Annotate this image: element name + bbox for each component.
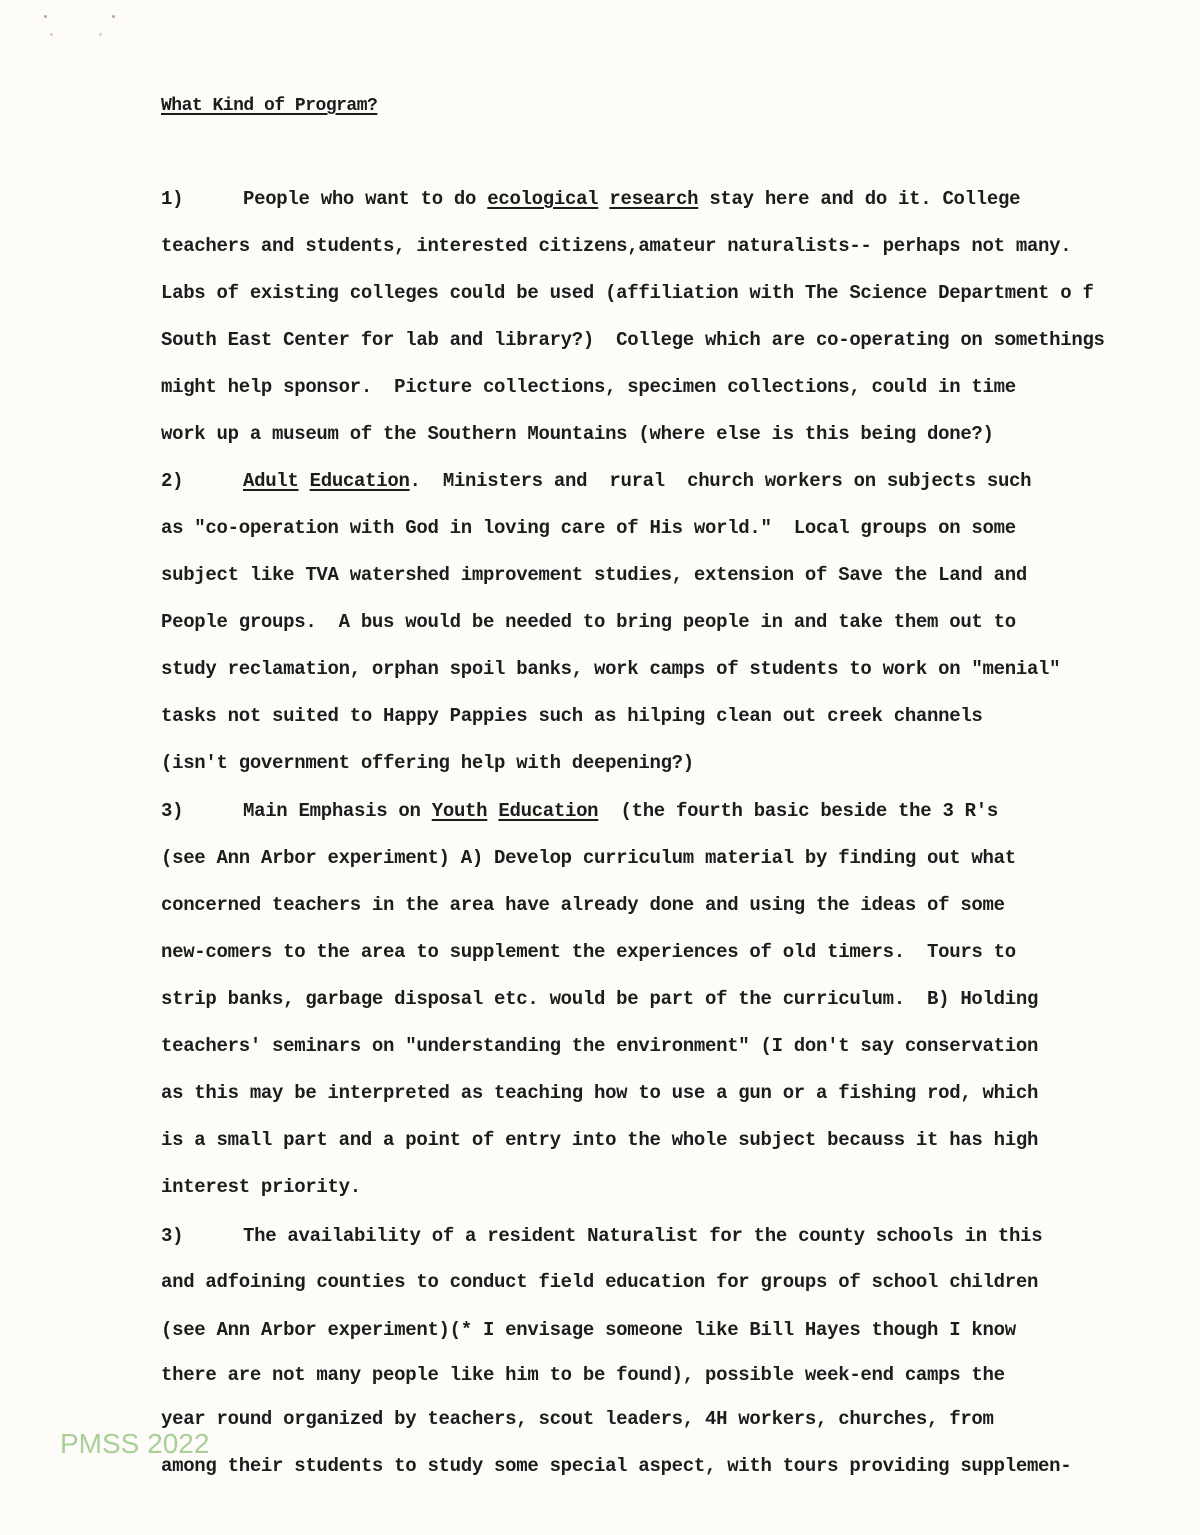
- section-2-line-7: (isn't government offering help with dee…: [161, 751, 694, 775]
- text-segment: (the fourth basic beside the 3 R's: [598, 800, 998, 822]
- section-2-line-2: as "co-operation with God in loving care…: [161, 516, 1016, 540]
- underlined-term: Youth: [432, 800, 488, 822]
- section-1-line-2: teachers and students, interested citize…: [161, 234, 1071, 258]
- text-segment: Main Emphasis on: [243, 800, 432, 822]
- section-4-line-1: 3)The availability of a resident Natural…: [161, 1224, 1042, 1248]
- paper-speck: [50, 33, 53, 36]
- text-segment: stay here and do it. College: [698, 188, 1020, 210]
- section-number: 1): [161, 187, 243, 211]
- section-4-line-3: (see Ann Arbor experiment)(* I envisage …: [161, 1318, 1016, 1342]
- section-1-line-6: work up a museum of the Southern Mountai…: [161, 422, 994, 446]
- archive-watermark: PMSS 2022: [60, 1428, 209, 1460]
- section-number: 2): [161, 469, 243, 493]
- section-2-line-5: study reclamation, orphan spoil banks, w…: [161, 657, 1060, 681]
- underlined-term: research: [609, 188, 698, 210]
- section-3-line-1: 3)Main Emphasis on Youth Education (the …: [161, 799, 998, 823]
- paper-speck: [44, 15, 47, 18]
- underlined-term: Education: [498, 800, 598, 822]
- text-segment: People who want to do: [243, 188, 487, 210]
- section-2-line-6: tasks not suited to Happy Pappies such a…: [161, 704, 983, 728]
- section-2-line-3: subject like TVA watershed improvement s…: [161, 563, 1027, 587]
- text-segment: . Ministers and rural church workers on …: [410, 470, 1032, 492]
- section-1-line-5: might help sponsor. Picture collections,…: [161, 375, 1016, 399]
- section-3-line-2: (see Ann Arbor experiment) A) Develop cu…: [161, 846, 1016, 870]
- section-4-line-4: there are not many people like him to be…: [161, 1363, 1005, 1387]
- section-2-line-4: People groups. A bus would be needed to …: [161, 610, 1016, 634]
- text-segment: [299, 470, 310, 492]
- section-4-line-6: among their students to study some speci…: [161, 1454, 1071, 1478]
- underlined-term: ecological: [487, 188, 598, 210]
- underlined-term: Adult: [243, 470, 299, 492]
- text-segment: The availability of a resident Naturalis…: [243, 1225, 1042, 1247]
- section-1-line-3: Labs of existing colleges could be used …: [161, 281, 1094, 305]
- paper-speck: [99, 33, 102, 36]
- section-1-line-1: 1)People who want to do ecological resea…: [161, 187, 1020, 211]
- section-3-line-8: is a small part and a point of entry int…: [161, 1128, 1038, 1152]
- section-4-line-2: and adfoining counties to conduct field …: [161, 1270, 1038, 1294]
- section-1-line-4: South East Center for lab and library?) …: [161, 328, 1105, 352]
- section-3-line-5: strip banks, garbage disposal etc. would…: [161, 987, 1038, 1011]
- section-number: 3): [161, 799, 243, 823]
- section-3-line-3: concerned teachers in the area have alre…: [161, 893, 1005, 917]
- document-page: What Kind of Program? 1)People who want …: [0, 0, 1200, 1535]
- text-segment: [598, 188, 609, 210]
- text-segment: [487, 800, 498, 822]
- section-2-line-1: 2)Adult Education. Ministers and rural c…: [161, 469, 1031, 493]
- paper-speck: [112, 15, 115, 18]
- section-3-line-6: teachers' seminars on "understanding the…: [161, 1034, 1038, 1058]
- section-3-line-7: as this may be interpreted as teaching h…: [161, 1081, 1038, 1105]
- section-3-line-4: new-comers to the area to supplement the…: [161, 940, 1016, 964]
- section-number: 3): [161, 1224, 243, 1248]
- section-4-line-5: year round organized by teachers, scout …: [161, 1407, 994, 1431]
- section-3-line-9: interest priority.: [161, 1175, 361, 1199]
- underlined-term: Education: [310, 470, 410, 492]
- document-title: What Kind of Program?: [161, 96, 377, 116]
